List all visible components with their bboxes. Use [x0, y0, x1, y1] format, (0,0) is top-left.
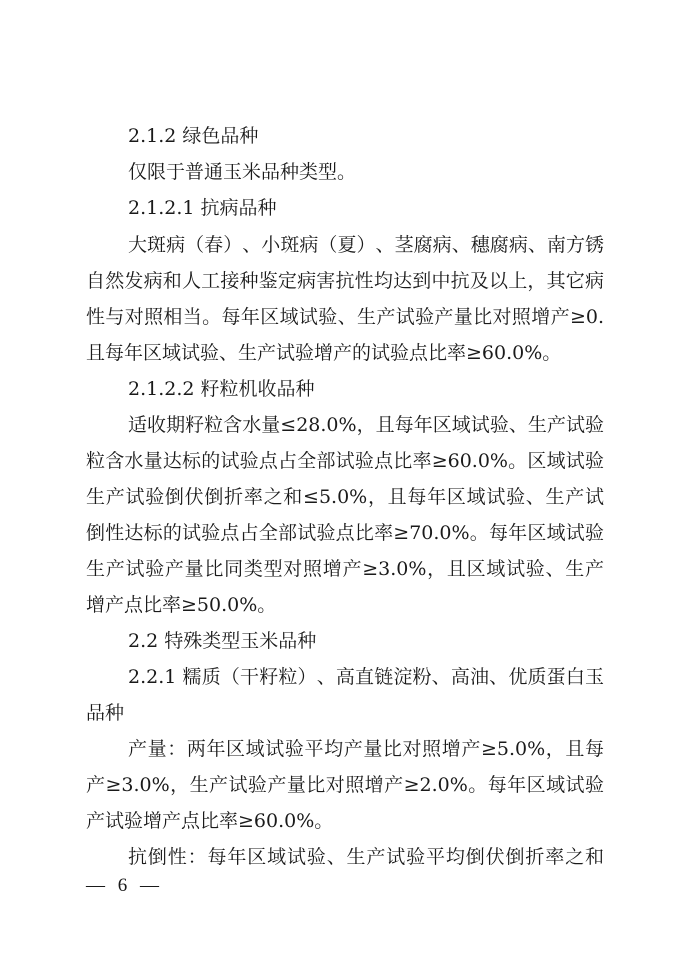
paragraph-line: 粒​含​水​量​达​标​的​试​验​点​占​全​部​试​验​点​比​率​≥​6​…	[86, 447, 604, 475]
paragraph-line: 仅限于普通玉米品种类型。	[128, 158, 604, 186]
paragraph-line: 抗​倒​性​：​每​年​区​域​试​验​、​生​产​试​验​平​均​倒​伏​倒​…	[128, 843, 604, 871]
paragraph-line: 产​≥​3​.​0​%​，​生​产​试​验​产​量​比​对​照​增​产​≥​2​…	[86, 771, 604, 799]
paragraph-line: 性​与​对​照​相​当​。​每​年​区​域​试​验​、​生​产​试​验​产​量​…	[86, 303, 604, 331]
paragraph-line: 自​然​发​病​和​人​工​接​种​鉴​定​病​害​抗​性​均​达​到​中​抗​…	[86, 267, 604, 295]
document-page: 2.1.2 绿色品种 仅限于普通玉米品种类型。 2.1.2.1 抗病品种 大​斑…	[0, 0, 690, 975]
paragraph-line: 生​产​试​验​倒​伏​倒​折​率​之​和​≤​5​.​0​%​，​且​每​年​…	[86, 483, 604, 511]
section-heading-2-2: 2.2 特殊类型玉米品种	[128, 627, 604, 655]
paragraph-line: 生​产​试​验​产​量​比​同​类​型​对​照​增​产​≥​3​.​0​%​，​…	[86, 555, 604, 583]
section-heading-2-1-2: 2.1.2 绿色品种	[128, 122, 604, 150]
paragraph-line: 适​收​期​籽​粒​含​水​量​≤​2​8​.​0​%​，​且​每​年​区​域​…	[128, 411, 604, 439]
paragraph-line: 倒​性​达​标​的​试​验​点​占​全​部​试​验​点​比​率​≥​7​0​.​…	[86, 519, 604, 547]
paragraph-line: 增产点比率≥50.0%。	[86, 591, 604, 619]
paragraph-line: 产试验增产点比率≥60.0%。	[86, 807, 604, 835]
section-heading-2-2-1: 2​.​2​.​1​ ​糯​质​（​干​籽​粒​）​、​高​直​链​淀​粉​、​…	[128, 663, 604, 691]
section-heading-2-1-2-1: 2.1.2.1 抗病品种	[128, 194, 604, 222]
section-heading-2-1-2-2: 2.1.2.2 籽粒机收品种	[128, 375, 604, 403]
paragraph-line: 产​量​：​两​年​区​域​试​验​平​均​产​量​比​对​照​增​产​≥​5​…	[128, 735, 604, 763]
paragraph-line: 且每年区域试验、生产试验增产的试验点比率≥60.0%。	[86, 339, 604, 367]
page-number: — 6 —	[86, 872, 163, 900]
section-heading-2-2-1-cont: 品种	[86, 699, 604, 727]
paragraph-line: 大​斑​病​（​春​）​、​小​斑​病​（​夏​）​、​茎​腐​病​、​穗​腐​…	[128, 231, 604, 259]
